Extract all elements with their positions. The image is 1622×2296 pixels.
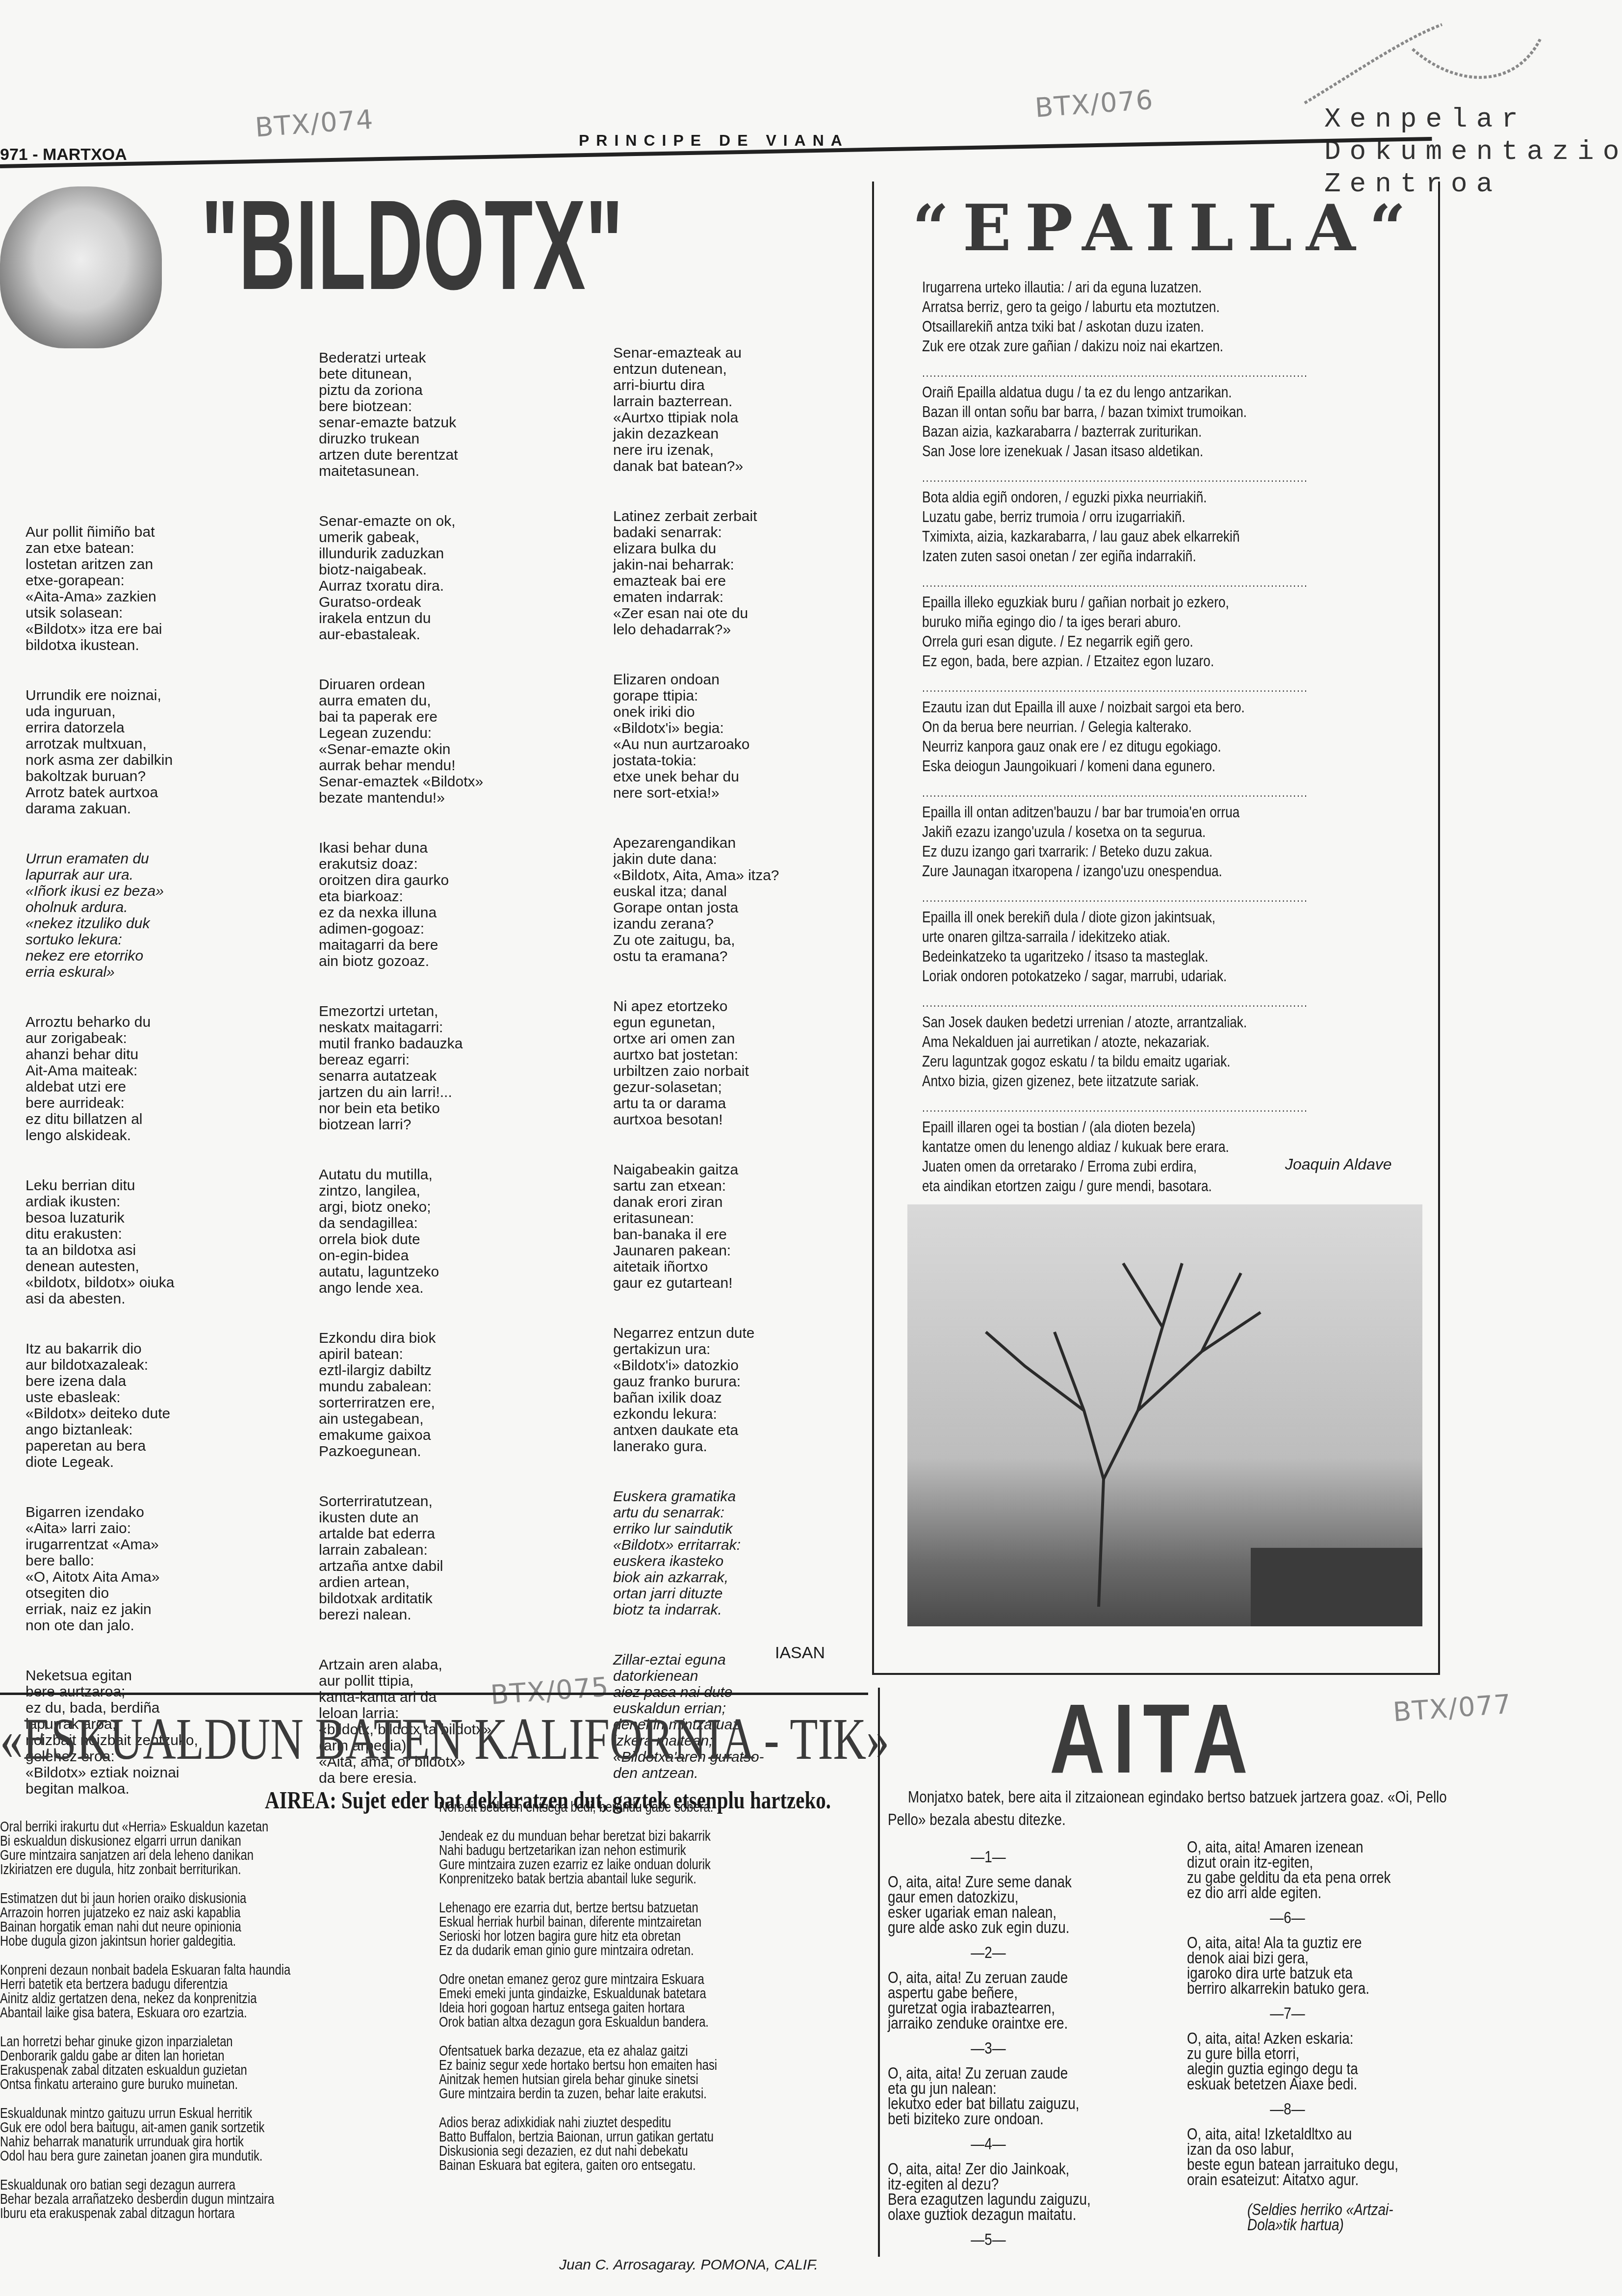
- stanza: Bederatzi urteak bete ditunean, piztu da…: [319, 350, 584, 479]
- stanza: Senar-emazteak au entzun dutenean, arri-…: [613, 345, 868, 474]
- stanza: Epailla ill ontan aditzen'bauzu / bar ba…: [922, 802, 1421, 881]
- separator: ........................................…: [922, 573, 1421, 592]
- stanza: Ni apez etortzeko egun egunetan, ortxe a…: [613, 998, 868, 1128]
- eskualdun-left-column: Oral berriki irakurtu dut «Herria» Eskua…: [0, 1800, 418, 2228]
- stanza: Norbeit bederen entsega bedi, berandu ga…: [439, 1800, 865, 1815]
- stanza: Leku berrian ditu ardiak ikusten: besoa …: [26, 1177, 290, 1307]
- bildotx-column-1: Aur pollit ñimiño bat zan etxe batean: l…: [26, 508, 290, 1831]
- bildotx-column-3: Senar-emazteak au entzun dutenean, arri-…: [613, 329, 868, 1815]
- stanza: Euskera gramatika artu du senarrak: erri…: [613, 1488, 868, 1618]
- stanza: San Josek dauken bedetzi urrenian / atoz…: [922, 1012, 1421, 1091]
- aita-source: (Seldies herriko «Artzai-Dola»tik hartua…: [1187, 2202, 1408, 2233]
- stanza: Oraiñ Epailla aldatua dugu / ta ez du le…: [922, 382, 1421, 461]
- eskualdun-author: Juan C. Arrosagaray. POMONA, CALIF.: [559, 2257, 818, 2273]
- stanza: Lehenago ere ezarria dut, bertze bertsu …: [439, 1901, 865, 1958]
- eskualdun-right-column: Norbeit bederen entsega bedi, berandu ga…: [439, 1800, 865, 2180]
- aita-title: AITA: [1050, 1683, 1256, 1796]
- separator: ........................................…: [922, 678, 1421, 697]
- stanza: Elizaren ondoan gorape ttipia: onek irik…: [613, 672, 868, 801]
- stanza: Negarrez entzun dute gertakizun ura: «Bi…: [613, 1325, 868, 1455]
- stanza: Estimatzen dut bi jaun horien oraiko dis…: [0, 1892, 418, 1949]
- separator: ........................................…: [922, 1097, 1421, 1117]
- stanza: Ikasi behar duna erakutsiz doaz: oroitze…: [319, 840, 584, 969]
- bildotx-author: IASAN: [775, 1644, 825, 1663]
- issue-date: 971 - MARTXOA: [0, 145, 127, 164]
- stanza: Sorterriratutzean, ikusten dute an artal…: [319, 1493, 584, 1623]
- stanza: Senar-emazte on ok, umerik gabeak, illun…: [319, 513, 584, 643]
- stanza: Urrundik ere noiznai, uda inguruan, erri…: [26, 687, 290, 817]
- tree-icon: [907, 1204, 1422, 1626]
- archive-mark: BTX/076: [1034, 84, 1155, 124]
- stanza: Ofentsatuek barka dezazue, eta ez ahalaz…: [439, 2044, 865, 2101]
- stanza: Urrun eramaten du lapurrak aur ura. «Iño…: [26, 851, 290, 980]
- stanza: Naigabeakin gaitza sartu zan etxean: dan…: [613, 1162, 868, 1291]
- separator: ........................................…: [922, 783, 1421, 802]
- stanza: Bota aldia egiñ ondoren, / eguzki pixka …: [922, 487, 1421, 566]
- stanza: Konpreni dezaun nonbait badela Eskuaran …: [0, 1963, 418, 2020]
- archive-mark: BTX/074: [254, 104, 375, 143]
- column-divider: [878, 1688, 880, 2257]
- separator: ........................................…: [922, 468, 1421, 487]
- bildotx-column-2: Bederatzi urteak bete ditunean, piztu da…: [319, 334, 584, 1820]
- aita-intro: Monjatxo batek, bere aita il zitzaionean…: [888, 1786, 1471, 1831]
- boy-portrait-photo: [0, 186, 162, 348]
- stanza: Adios beraz adixkidiak nahi ziuztet desp…: [439, 2116, 865, 2173]
- stanza: Epailla illeko eguzkiak buru / gañian no…: [922, 592, 1421, 671]
- decorative-feather-icon: [1295, 20, 1550, 108]
- stanza: Aur pollit ñimiño bat zan etxe batean: l…: [26, 524, 290, 653]
- bildotx-title: "BILDOTX": [201, 177, 623, 314]
- stanza: Eskualdunak oro batian segi dezagun aurr…: [0, 2178, 418, 2221]
- stanza: Lan horretzi behar ginuke gizon inparzia…: [0, 2035, 418, 2092]
- separator: ........................................…: [922, 887, 1421, 907]
- stanza: Ezkondu dira biok apiril batean: eztl-il…: [319, 1330, 584, 1460]
- stanza: Ezautu izan dut Epailla ill auxe / noizb…: [922, 697, 1421, 776]
- bare-tree-photo: [907, 1204, 1422, 1626]
- stanza: Epailla ill onek berekiñ dula / diote gi…: [922, 907, 1421, 986]
- eskualdun-title: «ESKUALDUN BATEN KALIFORNIA - TIK»: [0, 1707, 889, 1771]
- aita-left-column: —1— O, aita, aita! Zure seme danak gaur …: [888, 1845, 1089, 2247]
- stanza: Jendeak ez du munduan behar beretzat biz…: [439, 1829, 865, 1886]
- separator: ........................................…: [922, 992, 1421, 1012]
- stanza: Emezortzi urtetan, neskatx maitagarri: m…: [319, 1003, 584, 1133]
- stanza: Bigarren izendako «Aita» larri zaio: iru…: [26, 1504, 290, 1634]
- stanza: Latinez zerbait zerbait badaki senarrak:…: [613, 508, 868, 638]
- stanza: Itz au bakarrik dio aur bildotxazaleak: …: [26, 1341, 290, 1470]
- section-rule: [0, 1693, 868, 1695]
- epailla-poem: Irugarrena urteko illautia: / ari da egu…: [922, 277, 1421, 1307]
- stanza: Apezarengandikan jakin dute dana: «Bildo…: [613, 835, 868, 965]
- publication-name: PRINCIPE DE VIANA: [579, 131, 849, 150]
- epailla-title: “EPAILLA“: [912, 194, 1419, 262]
- archive-mark: BTX/077: [1392, 1689, 1513, 1728]
- epailla-author: Joaquin Aldave: [1285, 1155, 1392, 1174]
- stanza: Odre onetan emanez geroz gure mintzaira …: [439, 1973, 865, 2030]
- stanza: Arroztu beharko du aur zorigabeak: ahanz…: [26, 1014, 290, 1144]
- stanza: Autatu du mutilla, zintzo, langilea, arg…: [319, 1167, 584, 1296]
- stanza: Diruaren ordean aurra ematen du, bai ta …: [319, 677, 584, 806]
- stanza: Oral berriki irakurtu dut «Herria» Eskua…: [0, 1820, 418, 1877]
- stanza: Irugarrena urteko illautia: / ari da egu…: [922, 277, 1421, 356]
- separator: ........................................…: [922, 363, 1421, 382]
- stanza: Eskualdunak mintzo gaituzu urrun Eskual …: [0, 2107, 418, 2164]
- aita-right-column: O, aita, aita! Amaren izenean dizut orai…: [1187, 1845, 1468, 2240]
